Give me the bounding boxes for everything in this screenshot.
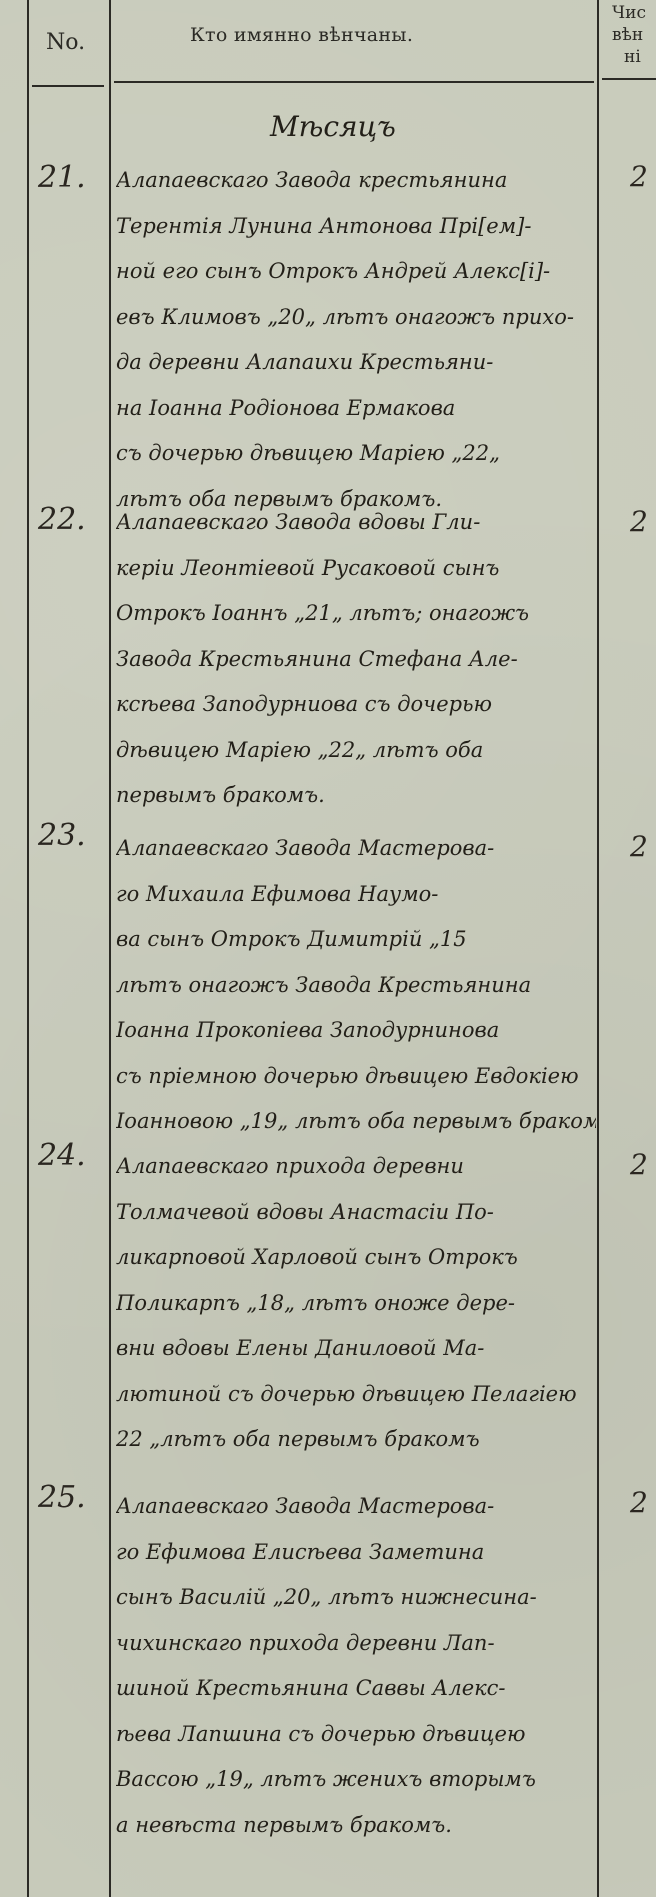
entry-number: 25. [38, 1480, 86, 1515]
column-header-number: No. [46, 30, 85, 55]
right-column-rule [597, 0, 599, 1897]
header-right-line: вѣн [612, 24, 646, 46]
header-divider-right [602, 78, 656, 80]
entry-line: евъ Климовъ „20„ лѣтъ онагожъ прихо- [116, 295, 596, 341]
header-right-line: Чис [612, 2, 646, 24]
register-page: No. Кто имянно вѣнчаны. Чис вѣн ні Мѣсяц… [0, 0, 656, 1897]
entry-line: го Ефимова Елисѣева Заметина [116, 1530, 596, 1576]
entry-line: Отрокъ Іоаннъ „21„ лѣтъ; онагожъ [116, 591, 596, 637]
entry-line: а невѣста первымъ бракомъ. [116, 1803, 596, 1849]
entry-line: Алапаевскаго Завода Мастерова- [116, 826, 596, 872]
column-header-who-married: Кто имянно вѣнчаны. [190, 24, 413, 46]
entry-line: да деревни Алапаихи Крестьяни- [116, 340, 596, 386]
entry-line: Алапаевскаго Завода Мастерова- [116, 1484, 596, 1530]
entry-line: ва сынъ Отрокъ Димитрій „15 [116, 917, 596, 963]
entry-number: 22. [38, 502, 86, 537]
entry-line: шиной Крестьянина Саввы Алекс- [116, 1666, 596, 1712]
header-divider-number [32, 85, 104, 87]
entry-line: Завода Крестьянина Стефана Але- [116, 637, 596, 683]
entry-text: Алапаевскаго Завода вдовы Гли- керіи Лео… [116, 500, 596, 819]
entry-line: лѣтъ онагожъ Завода Крестьянина [116, 963, 596, 1009]
number-column-rule [109, 0, 111, 1897]
entry-line: съ дочерью дѣвицею Маріею „22„ [116, 431, 596, 477]
entry-line: 22 „лѣтъ оба первымъ бракомъ [116, 1417, 596, 1463]
entry-number: 24. [38, 1138, 86, 1173]
left-border-rule [27, 0, 29, 1897]
entry-date-mark: 2 [630, 160, 648, 193]
column-header-date-truncated: Чис вѣн ні [612, 2, 646, 68]
entry-line: Іоанновою „19„ лѣтъ оба первымъ бракомъ [116, 1099, 596, 1145]
entry-date-mark: 2 [630, 1486, 648, 1519]
entry-line: ной его сынъ Отрокъ Андрей Алекс[і]- [116, 249, 596, 295]
entry-text: Алапаевскаго Завода Мастерова- го Михаил… [116, 826, 596, 1145]
entry-date-mark: 2 [630, 1148, 648, 1181]
entry-line: Іоанна Прокопіева Заподурнинова [116, 1008, 596, 1054]
entry-line: дѣвицею Маріею „22„ лѣтъ оба [116, 728, 596, 774]
entry-line: Терентія Лунина Антонова Прі[ем]- [116, 204, 596, 250]
month-heading: Мѣсяцъ [270, 110, 396, 143]
entry-text: Алапаевскаго Завода Мастерова- го Ефимов… [116, 1484, 596, 1848]
entry-line: ѣева Лапшина съ дочерью дѣвицею [116, 1712, 596, 1758]
entry-text: Алапаевскаго прихода деревни Толмачевой … [116, 1144, 596, 1463]
header-right-line: ні [612, 46, 646, 68]
entry-line: вни вдовы Елены Даниловой Ма- [116, 1326, 596, 1372]
entry-line: го Михаила Ефимова Наумо- [116, 872, 596, 918]
entry-date-mark: 2 [630, 505, 648, 538]
header-divider-main [114, 81, 594, 83]
entry-line: Алапаевскаго прихода деревни [116, 1144, 596, 1190]
entry-line: чихинскаго прихода деревни Лап- [116, 1621, 596, 1667]
entry-line: ксѣева Заподурниова съ дочерью [116, 682, 596, 728]
entry-line: Алапаевскаго Завода вдовы Гли- [116, 500, 596, 546]
entry-line: на Іоанна Родіонова Ермакова [116, 386, 596, 432]
entry-line: Вассою „19„ лѣтъ женихъ вторымъ [116, 1757, 596, 1803]
entry-line: съ пріемною дочерью дѣвицею Евдокіею [116, 1054, 596, 1100]
entry-text: Алапаевскаго Завода крестьянина Терентія… [116, 158, 596, 522]
entry-number: 23. [38, 818, 86, 853]
entry-line: сынъ Василій „20„ лѣтъ нижнесина- [116, 1575, 596, 1621]
entry-date-mark: 2 [630, 830, 648, 863]
entry-line: керіи Леонтіевой Русаковой сынъ [116, 546, 596, 592]
entry-line: первымъ бракомъ. [116, 773, 596, 819]
entry-line: ликарповой Харловой сынъ Отрокъ [116, 1235, 596, 1281]
entry-line: Толмачевой вдовы Анастасіи По- [116, 1190, 596, 1236]
entry-line: Алапаевскаго Завода крестьянина [116, 158, 596, 204]
entry-number: 21. [38, 160, 86, 195]
entry-line: Поликарпъ „18„ лѣтъ оноже дере- [116, 1281, 596, 1327]
entry-line: лютиной съ дочерью дѣвицею Пелагіею [116, 1372, 596, 1418]
